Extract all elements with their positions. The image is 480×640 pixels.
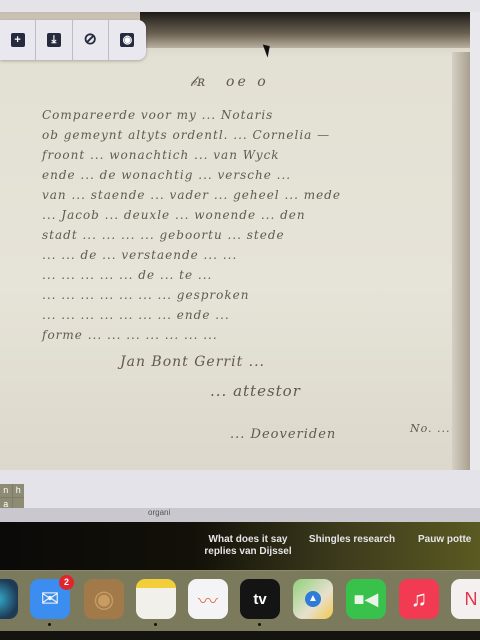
background-window-bar: organi: [0, 508, 480, 522]
manuscript-line: van ... staende ... vader ... geheel ...…: [42, 188, 341, 202]
dock-app-contacts[interactable]: ◉: [84, 579, 124, 619]
dock-app-facetime[interactable]: ■◀: [346, 579, 386, 619]
dock-app-maps[interactable]: ▲: [293, 579, 333, 619]
grid-cell: h: [13, 484, 25, 497]
document-viewer-window: 𝒷ʀ𝓄𝓂𝓇𝒶𝒹 𝓋𝒶𝓃 𝒞𝑜𝓇𝓃𝑒𝓁𝒾𝒶 𝒻𝓇𝑜𝓃𝓉 𝒹𝒽𝓉 Compareer…: [0, 0, 480, 520]
dock: ✉ 2 ◉ 〰 tv ▲ ■◀ ♫ N: [0, 570, 480, 631]
page-shadow-edge: [140, 12, 470, 48]
signature-line: Jan Bont Gerrit ...: [120, 354, 265, 370]
manuscript-line: ... Jacob ... deuxle ... wonende ... den: [42, 208, 306, 222]
signature-line: ... attestor: [210, 382, 301, 400]
tv-icon: tv: [253, 591, 266, 608]
manuscript-line: froont ... wonachtich ... van Wyck: [42, 148, 280, 162]
background-window-label: organi: [148, 508, 170, 517]
manuscript-image: 𝒷ʀ𝓄𝓂𝓇𝒶𝒹 𝓋𝒶𝓃 𝒞𝑜𝓇𝓃𝑒𝓁𝒾𝒶 𝒻𝓇𝑜𝓃𝓉 𝒹𝒽𝓉 Compareer…: [0, 12, 470, 470]
image-toolbar: + ⤓ ⊘ ◉: [0, 20, 146, 60]
running-indicator: [48, 623, 51, 626]
preview-icon: ◉: [120, 33, 134, 47]
news-icon: N: [465, 589, 478, 610]
signature-line: ... Deoveriden: [230, 427, 336, 442]
running-indicator: [258, 623, 261, 626]
video-camera-icon: ■◀: [354, 589, 379, 610]
envelope-icon: ✉: [41, 586, 59, 612]
dock-app-mail[interactable]: ✉ 2: [30, 579, 70, 619]
tag-off-button[interactable]: ⊘: [73, 20, 109, 60]
manuscript-line: 𝒷ʀ𝓄𝓂𝓇𝒶𝒹 𝓋𝒶𝓃 𝒞𝑜𝓇𝓃𝑒𝓁𝒾𝒶 𝒻𝓇𝑜𝓃𝓉 𝒹𝒽𝓉: [190, 74, 277, 90]
manuscript-line: ... ... de ... verstaende ... ...: [42, 248, 237, 262]
page-right-edge: [452, 52, 470, 470]
download-button[interactable]: ⤓: [36, 20, 72, 60]
running-indicator: [154, 623, 157, 626]
dock-app-news[interactable]: N: [451, 579, 480, 619]
document-number: No. ...: [410, 422, 451, 435]
dock-app-music[interactable]: ♫: [399, 579, 439, 619]
unread-badge: 2: [59, 575, 74, 590]
viewer-bottom-strip: [0, 470, 480, 510]
manuscript-line: stadt ... ... ... ... geboortu ... stede: [42, 228, 285, 242]
manuscript-line: ... ... ... ... ... ... ... gesproken: [42, 288, 250, 302]
desktop: What does it say replies van Dijssel Shi…: [0, 522, 480, 572]
manuscript-line: ende ... de wonachtig ... versche ...: [42, 168, 291, 182]
dock-app-freeform[interactable]: 〰: [188, 579, 228, 619]
add-button[interactable]: +: [0, 20, 36, 60]
desktop-file-what-does-it-say[interactable]: What does it say replies van Dijssel: [198, 534, 298, 558]
window-top-bar: [0, 0, 480, 12]
dock-app-siri[interactable]: [0, 579, 18, 619]
manuscript-line: ... ... ... ... ... de ... te ...: [42, 268, 212, 282]
freeform-icon: 〰: [198, 585, 218, 614]
desktop-file-shingles-research[interactable]: Shingles research: [302, 534, 402, 546]
manuscript-line: forme ... ... ... ... ... ... ...: [42, 328, 218, 342]
music-note-icon: ♫: [411, 586, 428, 612]
tag-off-icon: ⊘: [83, 33, 97, 47]
dock-app-notes[interactable]: [136, 579, 176, 619]
download-icon: ⤓: [47, 33, 61, 47]
desktop-file-pauw-potte[interactable]: Pauw potte: [418, 534, 480, 546]
manuscript-line: ob gemeynt altyts ordentl. ... Cornelia …: [42, 128, 330, 142]
dock-app-apple-tv[interactable]: tv: [240, 579, 280, 619]
thumbnail-grid[interactable]: n h a: [0, 484, 24, 510]
preview-button[interactable]: ◉: [109, 20, 146, 60]
grid-cell: n: [0, 484, 12, 497]
manuscript-line: ... ... ... ... ... ... ... ende ...: [42, 308, 230, 322]
manuscript-line: Compareerde voor my ... Notaris: [42, 108, 273, 122]
navigation-arrow-icon: ▲: [305, 591, 321, 607]
person-icon: ◉: [94, 585, 115, 614]
add-icon: +: [11, 33, 25, 47]
